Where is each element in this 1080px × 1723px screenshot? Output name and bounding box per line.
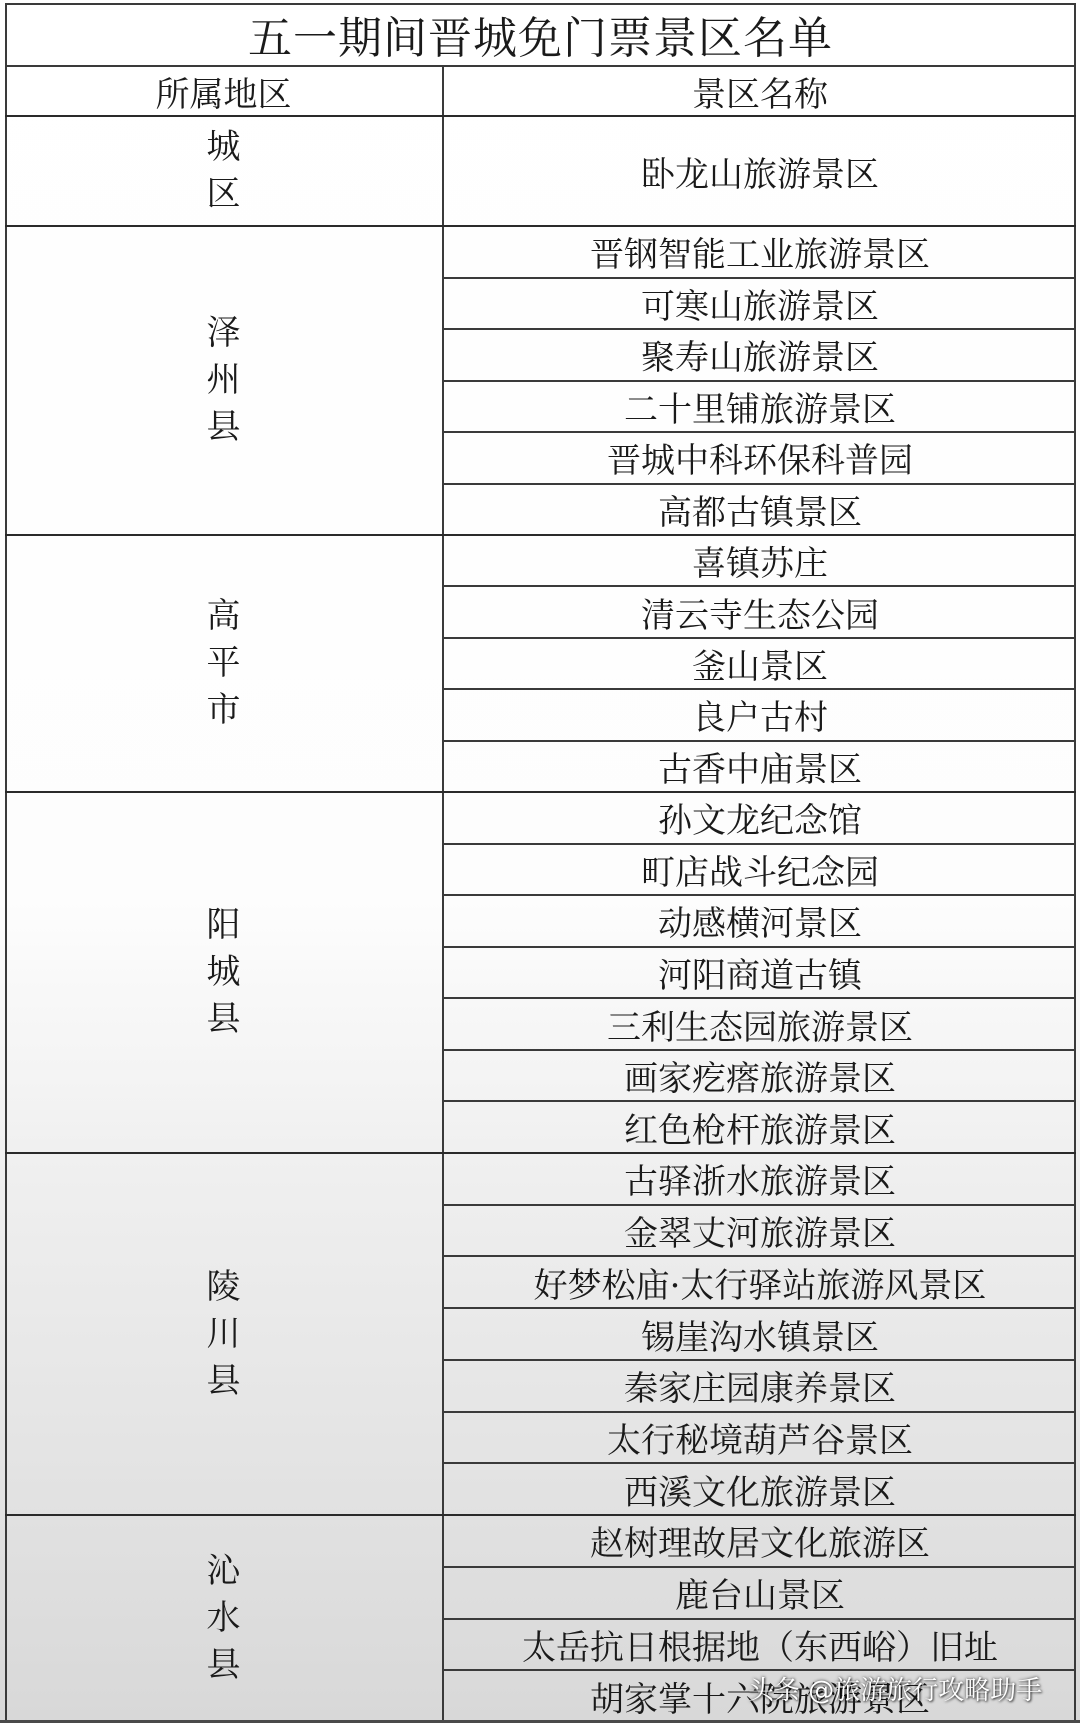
region-char: 县 [204,996,244,1043]
spot-list: 卧龙山旅游景区 [444,117,1076,225]
region-cell: 泽 州 县 [5,227,444,534]
table-row: 釜山景区 [444,639,1076,690]
table-row: 动感横河景区 [444,896,1076,948]
table-row: 町店战斗纪念园 [444,845,1076,897]
table-row: 赵树理故居文化旅游区 [444,1516,1076,1568]
region-char: 阳 [204,902,244,949]
region-group-yangcheng: 阳 城 县 孙文龙纪念馆 町店战斗纪念园 动感横河景区 河阳商道古镇 三利生态园… [5,793,1076,1154]
title-text: 五一期间晋城免门票景区名单 [248,2,833,66]
region-char: 区 [204,171,244,218]
header-spot-name: 景区名称 [444,67,1076,115]
region-char: 县 [204,1358,244,1405]
table-row: 画家疙瘩旅游景区 [444,1051,1076,1103]
region-char: 泽 [204,310,244,357]
region-char: 陵 [204,1264,244,1311]
region-char: 城 [204,949,244,996]
region-group-gaoping: 高 平 市 喜镇苏庄 清云寺生态公园 釜山景区 良户古村 古香中庙景区 [5,536,1076,793]
region-char: 县 [204,404,244,451]
region-cell: 陵 川 县 [5,1154,444,1514]
region-char: 县 [204,1642,244,1689]
table-row: 晋城中科环保科普园 [444,433,1076,485]
region-char: 沁 [204,1548,244,1595]
table-title: 五一期间晋城免门票景区名单 [5,3,1076,67]
table-row: 可寒山旅游景区 [444,279,1076,331]
table-row: 聚寿山旅游景区 [444,330,1076,382]
region-char: 川 [204,1311,244,1358]
region-char: 州 [204,357,244,404]
table-row: 秦家庄园康养景区 [444,1361,1076,1413]
table-row: 卧龙山旅游景区 [444,117,1076,225]
region-cell: 高 平 市 [5,536,444,791]
table-row: 河阳商道古镇 [444,948,1076,1000]
spot-list: 孙文龙纪念馆 町店战斗纪念园 动感横河景区 河阳商道古镇 三利生态园旅游景区 画… [444,793,1076,1152]
table-row: 太行秘境葫芦谷景区 [444,1413,1076,1465]
table-row: 孙文龙纪念馆 [444,793,1076,845]
table-row: 好梦松庙·太行驿站旅游风景区 [444,1257,1076,1309]
region-cell: 沁 水 县 [5,1516,444,1721]
spot-list: 喜镇苏庄 清云寺生态公园 釜山景区 良户古村 古香中庙景区 [444,536,1076,791]
table-row: 三利生态园旅游景区 [444,999,1076,1051]
region-cell: 城 区 [5,117,444,225]
document-sheet: 五一期间晋城免门票景区名单 所属地区 景区名称 城 区 卧龙山旅游景区 泽 州 … [0,0,1080,1723]
table-row: 古驿浙水旅游景区 [444,1154,1076,1206]
table-row: 良户古村 [444,690,1076,741]
table-row: 红色枪杆旅游景区 [444,1102,1076,1152]
header-region: 所属地区 [5,67,444,115]
table-row: 晋钢智能工业旅游景区 [444,227,1076,279]
region-group-chengqu: 城 区 卧龙山旅游景区 [5,117,1076,227]
region-group-lingchuan: 陵 川 县 古驿浙水旅游景区 金翠丈河旅游景区 好梦松庙·太行驿站旅游风景区 锡… [5,1154,1076,1516]
table-row: 古香中庙景区 [444,742,1076,791]
region-char: 高 [204,593,244,640]
spot-list: 古驿浙水旅游景区 金翠丈河旅游景区 好梦松庙·太行驿站旅游风景区 锡崖沟水镇景区… [444,1154,1076,1514]
spot-list: 晋钢智能工业旅游景区 可寒山旅游景区 聚寿山旅游景区 二十里铺旅游景区 晋城中科… [444,227,1076,534]
table-row: 高都古镇景区 [444,485,1076,535]
watermark: 头条 @旅游旅行攻略助手 [748,1670,1042,1707]
table-row: 太岳抗日根据地（东西峪）旧址 [444,1620,1076,1672]
table-row: 锡崖沟水镇景区 [444,1309,1076,1361]
table-row: 金翠丈河旅游景区 [444,1206,1076,1258]
region-char: 平 [204,640,244,687]
table-row: 西溪文化旅游景区 [444,1464,1076,1514]
region-char: 市 [204,687,244,734]
table-row: 二十里铺旅游景区 [444,382,1076,434]
table-row: 鹿台山景区 [444,1568,1076,1620]
region-cell: 阳 城 县 [5,793,444,1152]
table-row: 清云寺生态公园 [444,587,1076,638]
table-header-row: 所属地区 景区名称 [5,67,1076,117]
table-row: 喜镇苏庄 [444,536,1076,587]
region-group-zezhou: 泽 州 县 晋钢智能工业旅游景区 可寒山旅游景区 聚寿山旅游景区 二十里铺旅游景… [5,227,1076,536]
region-char: 城 [204,124,244,171]
region-char: 水 [204,1595,244,1642]
